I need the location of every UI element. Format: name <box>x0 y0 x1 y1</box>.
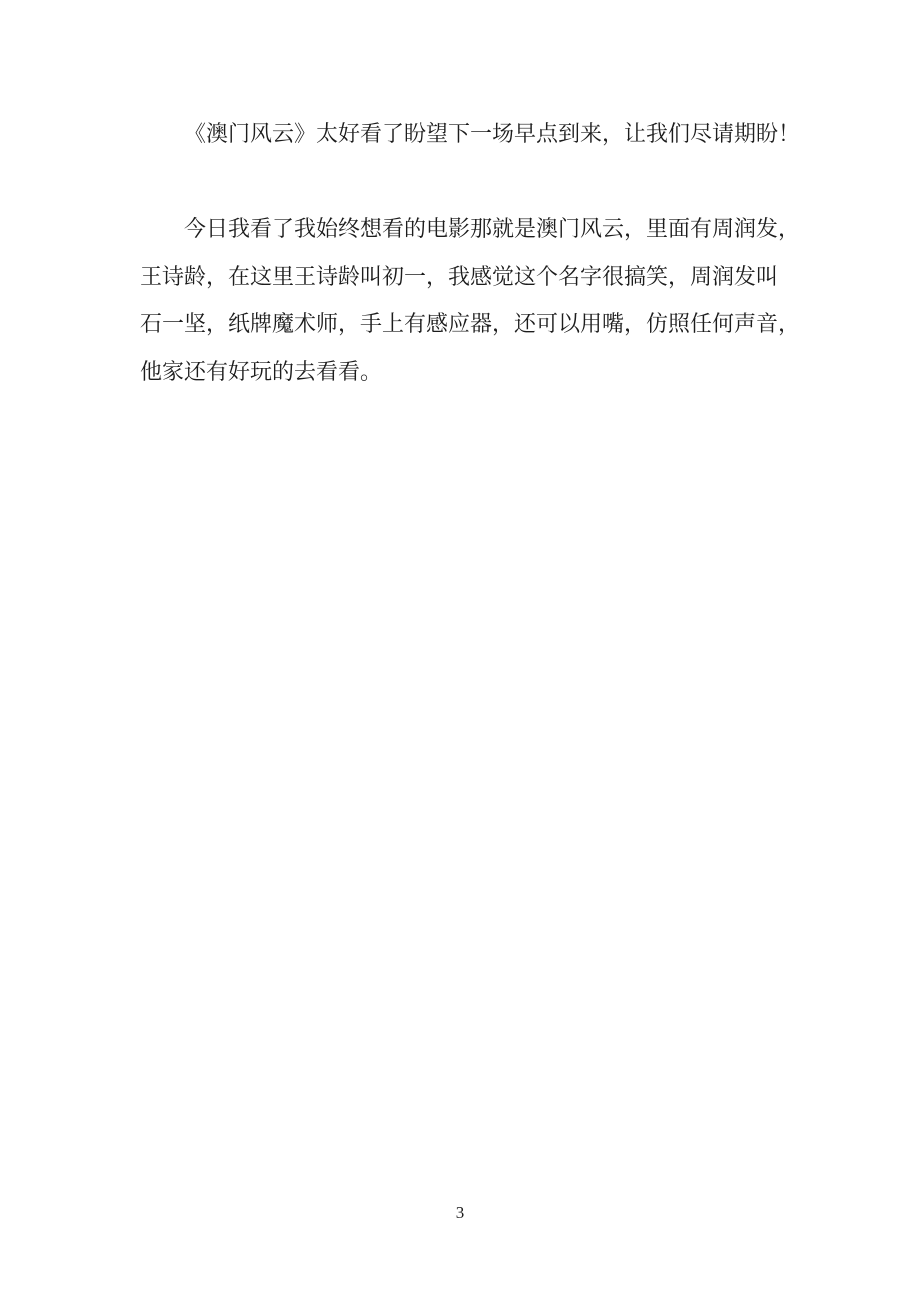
paragraph-2-line-3: 石一坚，纸牌魔术师，手上有感应器，还可以用嘴，仿照任何声音， <box>140 300 804 348</box>
document-page: 《澳门风云》太好看了盼望下一场早点到来，让我们尽请期盼！ 今日我看了我始终想看的… <box>0 0 920 1302</box>
paragraph-1-line-1: 《澳门风云》太好看了盼望下一场早点到来，让我们尽请期盼！ <box>140 110 804 158</box>
paragraph-2-line-4: 他家还有好玩的去看看。 <box>140 348 804 396</box>
page-footer: 3 <box>0 1200 920 1226</box>
paragraph-2-line-1: 今日我看了我始终想看的电影那就是澳门风云，里面有周润发， <box>140 205 804 253</box>
document-body[interactable]: 《澳门风云》太好看了盼望下一场早点到来，让我们尽请期盼！ 今日我看了我始终想看的… <box>140 110 804 395</box>
paragraph-2-line-2: 王诗龄，在这里王诗龄叫初一，我感觉这个名字很搞笑，周润发叫 <box>140 253 804 301</box>
paragraph-1: 《澳门风云》太好看了盼望下一场早点到来，让我们尽请期盼！ <box>140 110 804 158</box>
paragraph-2: 今日我看了我始终想看的电影那就是澳门风云，里面有周润发， 王诗龄，在这里王诗龄叫… <box>140 205 804 395</box>
page-number: 3 <box>456 1203 465 1222</box>
empty-paragraph <box>140 158 804 206</box>
